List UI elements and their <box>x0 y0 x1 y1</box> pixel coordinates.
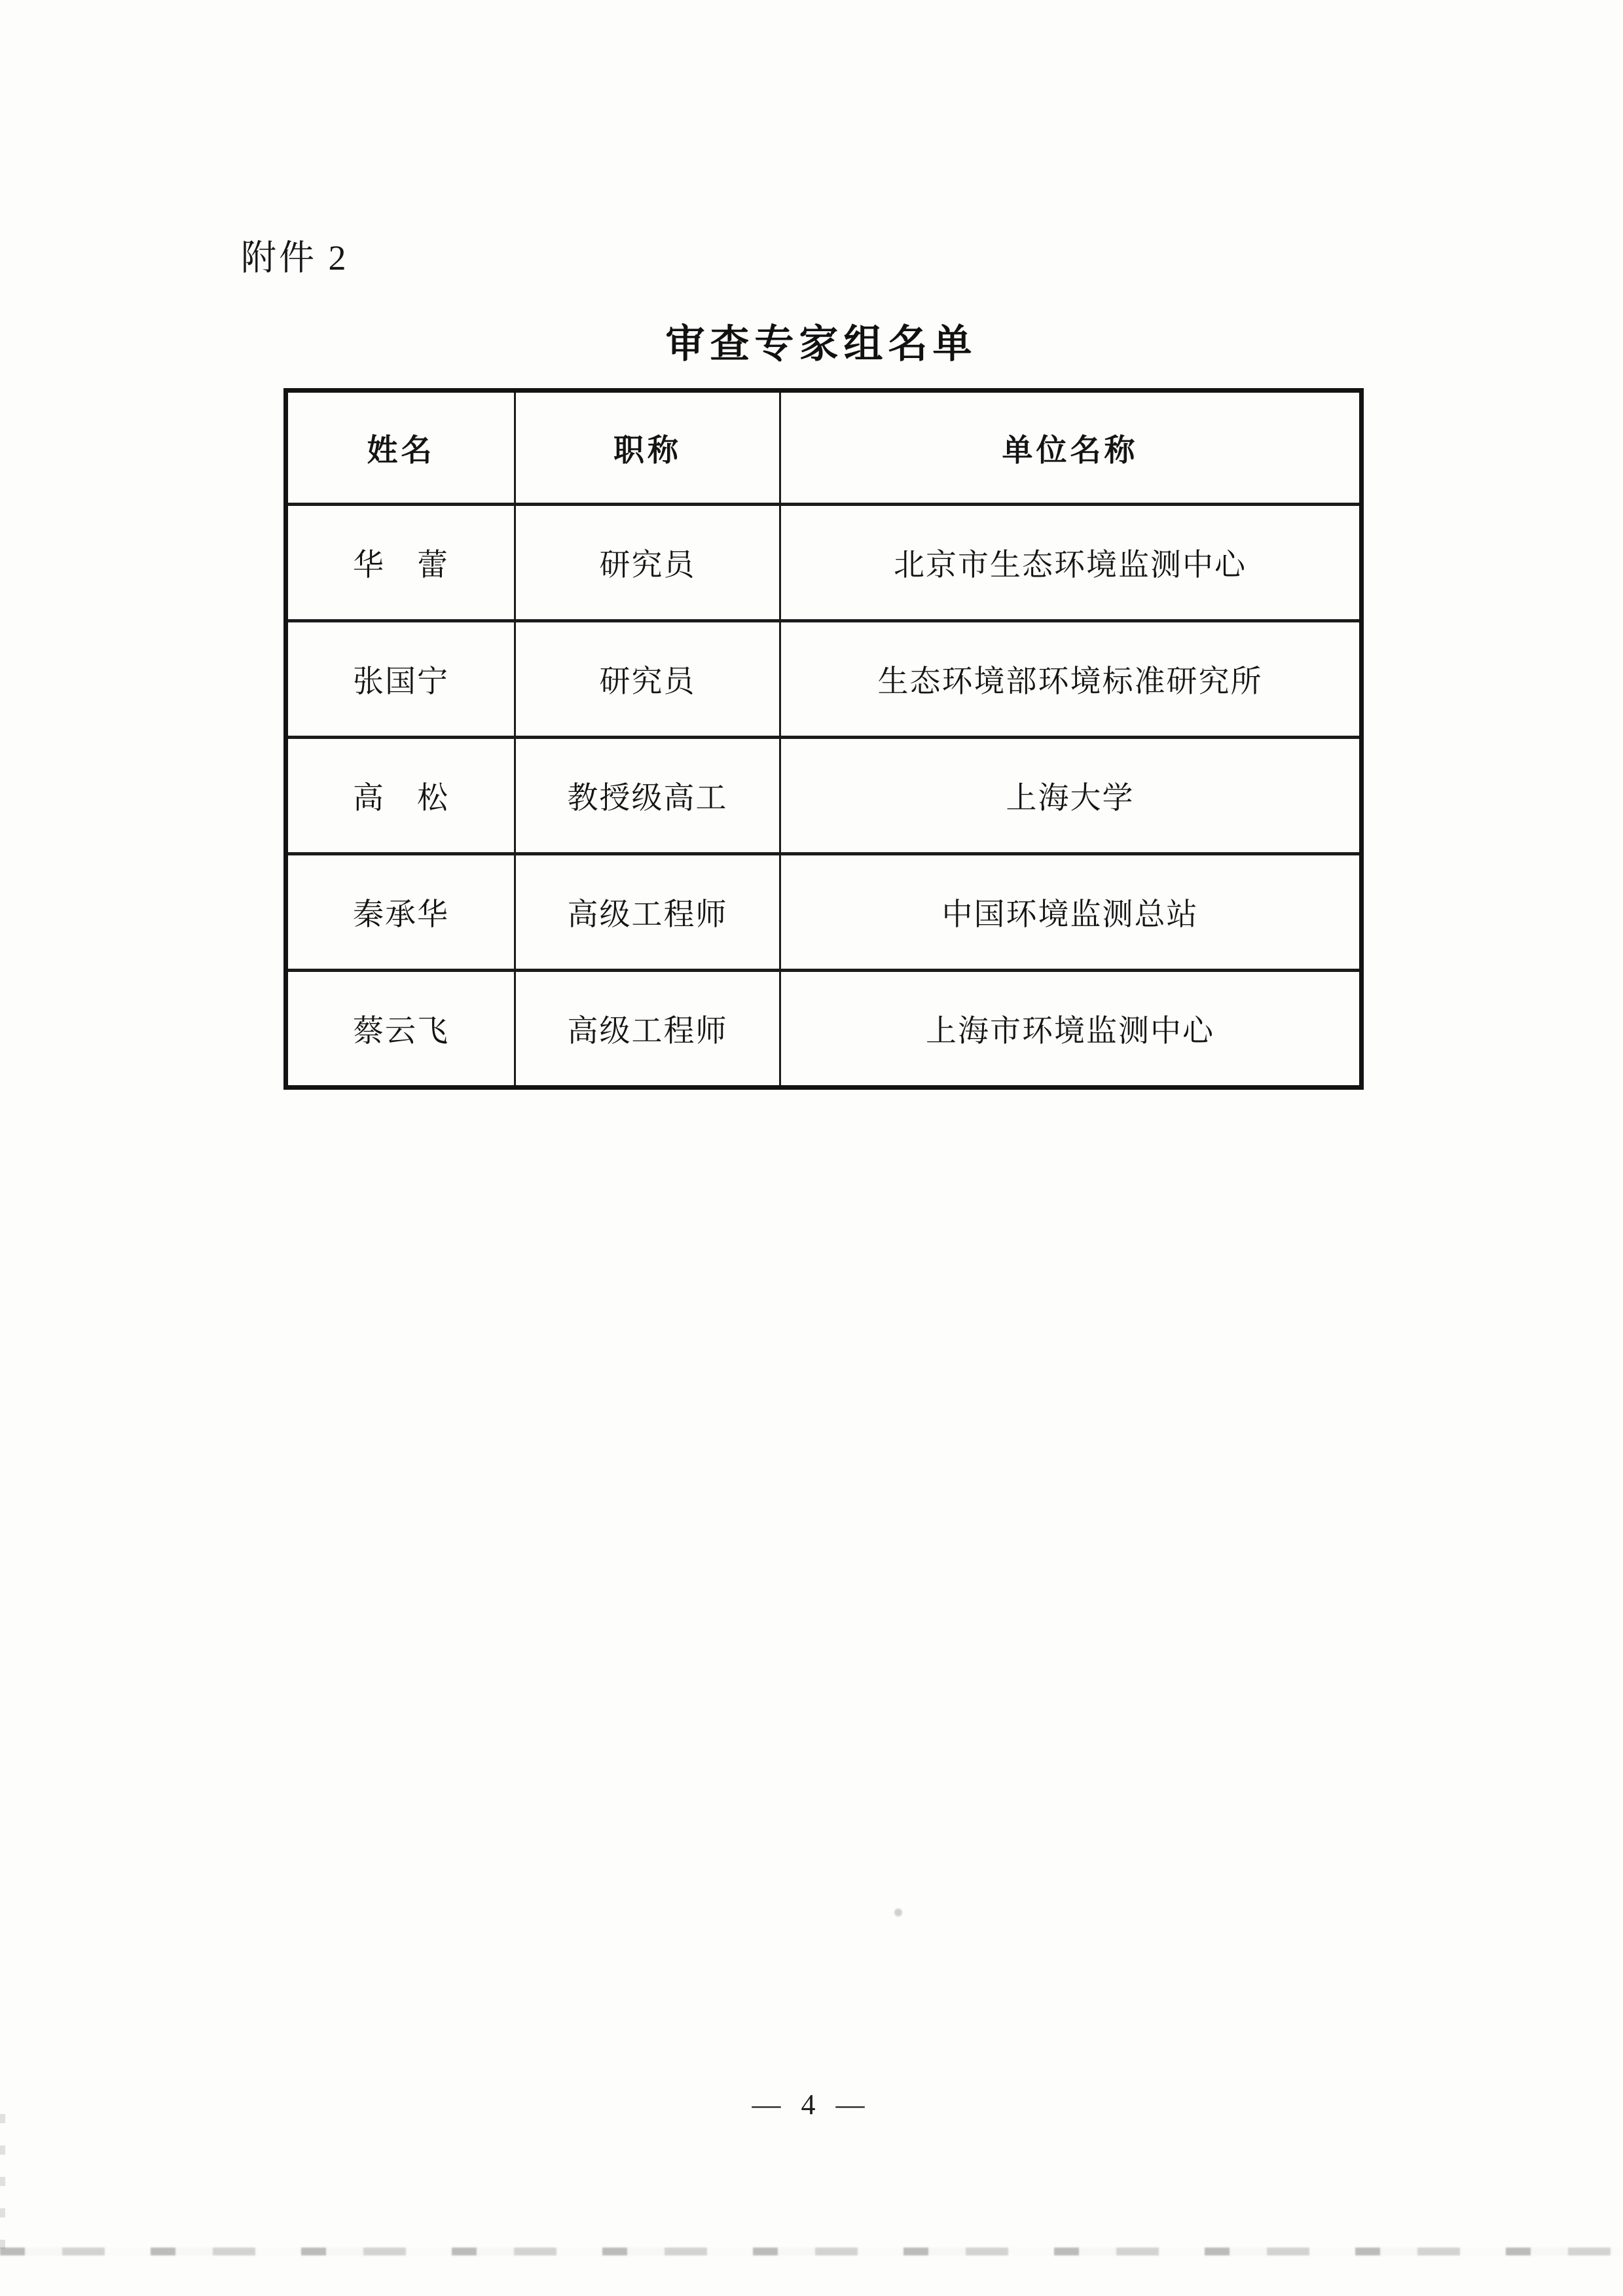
table-row: 高 松 教授级高工 上海大学 <box>286 738 1362 854</box>
cell-title: 研究员 <box>515 505 780 621</box>
cell-org: 上海市环境监测中心 <box>780 971 1362 1088</box>
table-row: 蔡云飞 高级工程师 上海市环境监测中心 <box>286 971 1362 1088</box>
experts-table: 姓名 职称 单位名称 华 蕾 研究员 北京市生态环境监测中心 张国宁 研究员 生… <box>283 388 1364 1090</box>
cell-title: 教授级高工 <box>515 738 780 854</box>
cell-name: 秦承华 <box>286 854 515 971</box>
attachment-label: 附件 2 <box>241 237 349 279</box>
cell-name: 华 蕾 <box>286 505 515 621</box>
cell-title: 研究员 <box>515 621 780 738</box>
table-row: 华 蕾 研究员 北京市生态环境监测中心 <box>286 505 1362 621</box>
header-name: 姓名 <box>286 391 515 505</box>
header-title: 职称 <box>515 391 780 505</box>
document-page: 附件 2 审查专家组名单 姓名 职称 单位名称 华 蕾 研究员 北京市生态环境监… <box>0 0 1623 2296</box>
cell-org: 生态环境部环境标准研究所 <box>780 621 1362 738</box>
cell-name: 张国宁 <box>286 621 515 738</box>
cell-name: 蔡云飞 <box>286 971 515 1088</box>
cell-org: 上海大学 <box>780 738 1362 854</box>
cell-title: 高级工程师 <box>515 971 780 1088</box>
page-number: — 4 — <box>0 2088 1623 2121</box>
scan-left-edge-artifact <box>0 2114 5 2265</box>
table-row: 张国宁 研究员 生态环境部环境标准研究所 <box>286 621 1362 738</box>
cell-name: 高 松 <box>286 738 515 854</box>
scan-speck-artifact <box>894 1909 902 1916</box>
table-header-row: 姓名 职称 单位名称 <box>286 391 1362 505</box>
page-title: 审查专家组名单 <box>283 313 1359 369</box>
cell-title: 高级工程师 <box>515 854 780 971</box>
cell-org: 中国环境监测总站 <box>780 854 1362 971</box>
cell-org: 北京市生态环境监测中心 <box>780 505 1362 621</box>
header-org: 单位名称 <box>780 391 1362 505</box>
scan-bottom-smudge-artifact <box>0 2248 1623 2255</box>
table-row: 秦承华 高级工程师 中国环境监测总站 <box>286 854 1362 971</box>
